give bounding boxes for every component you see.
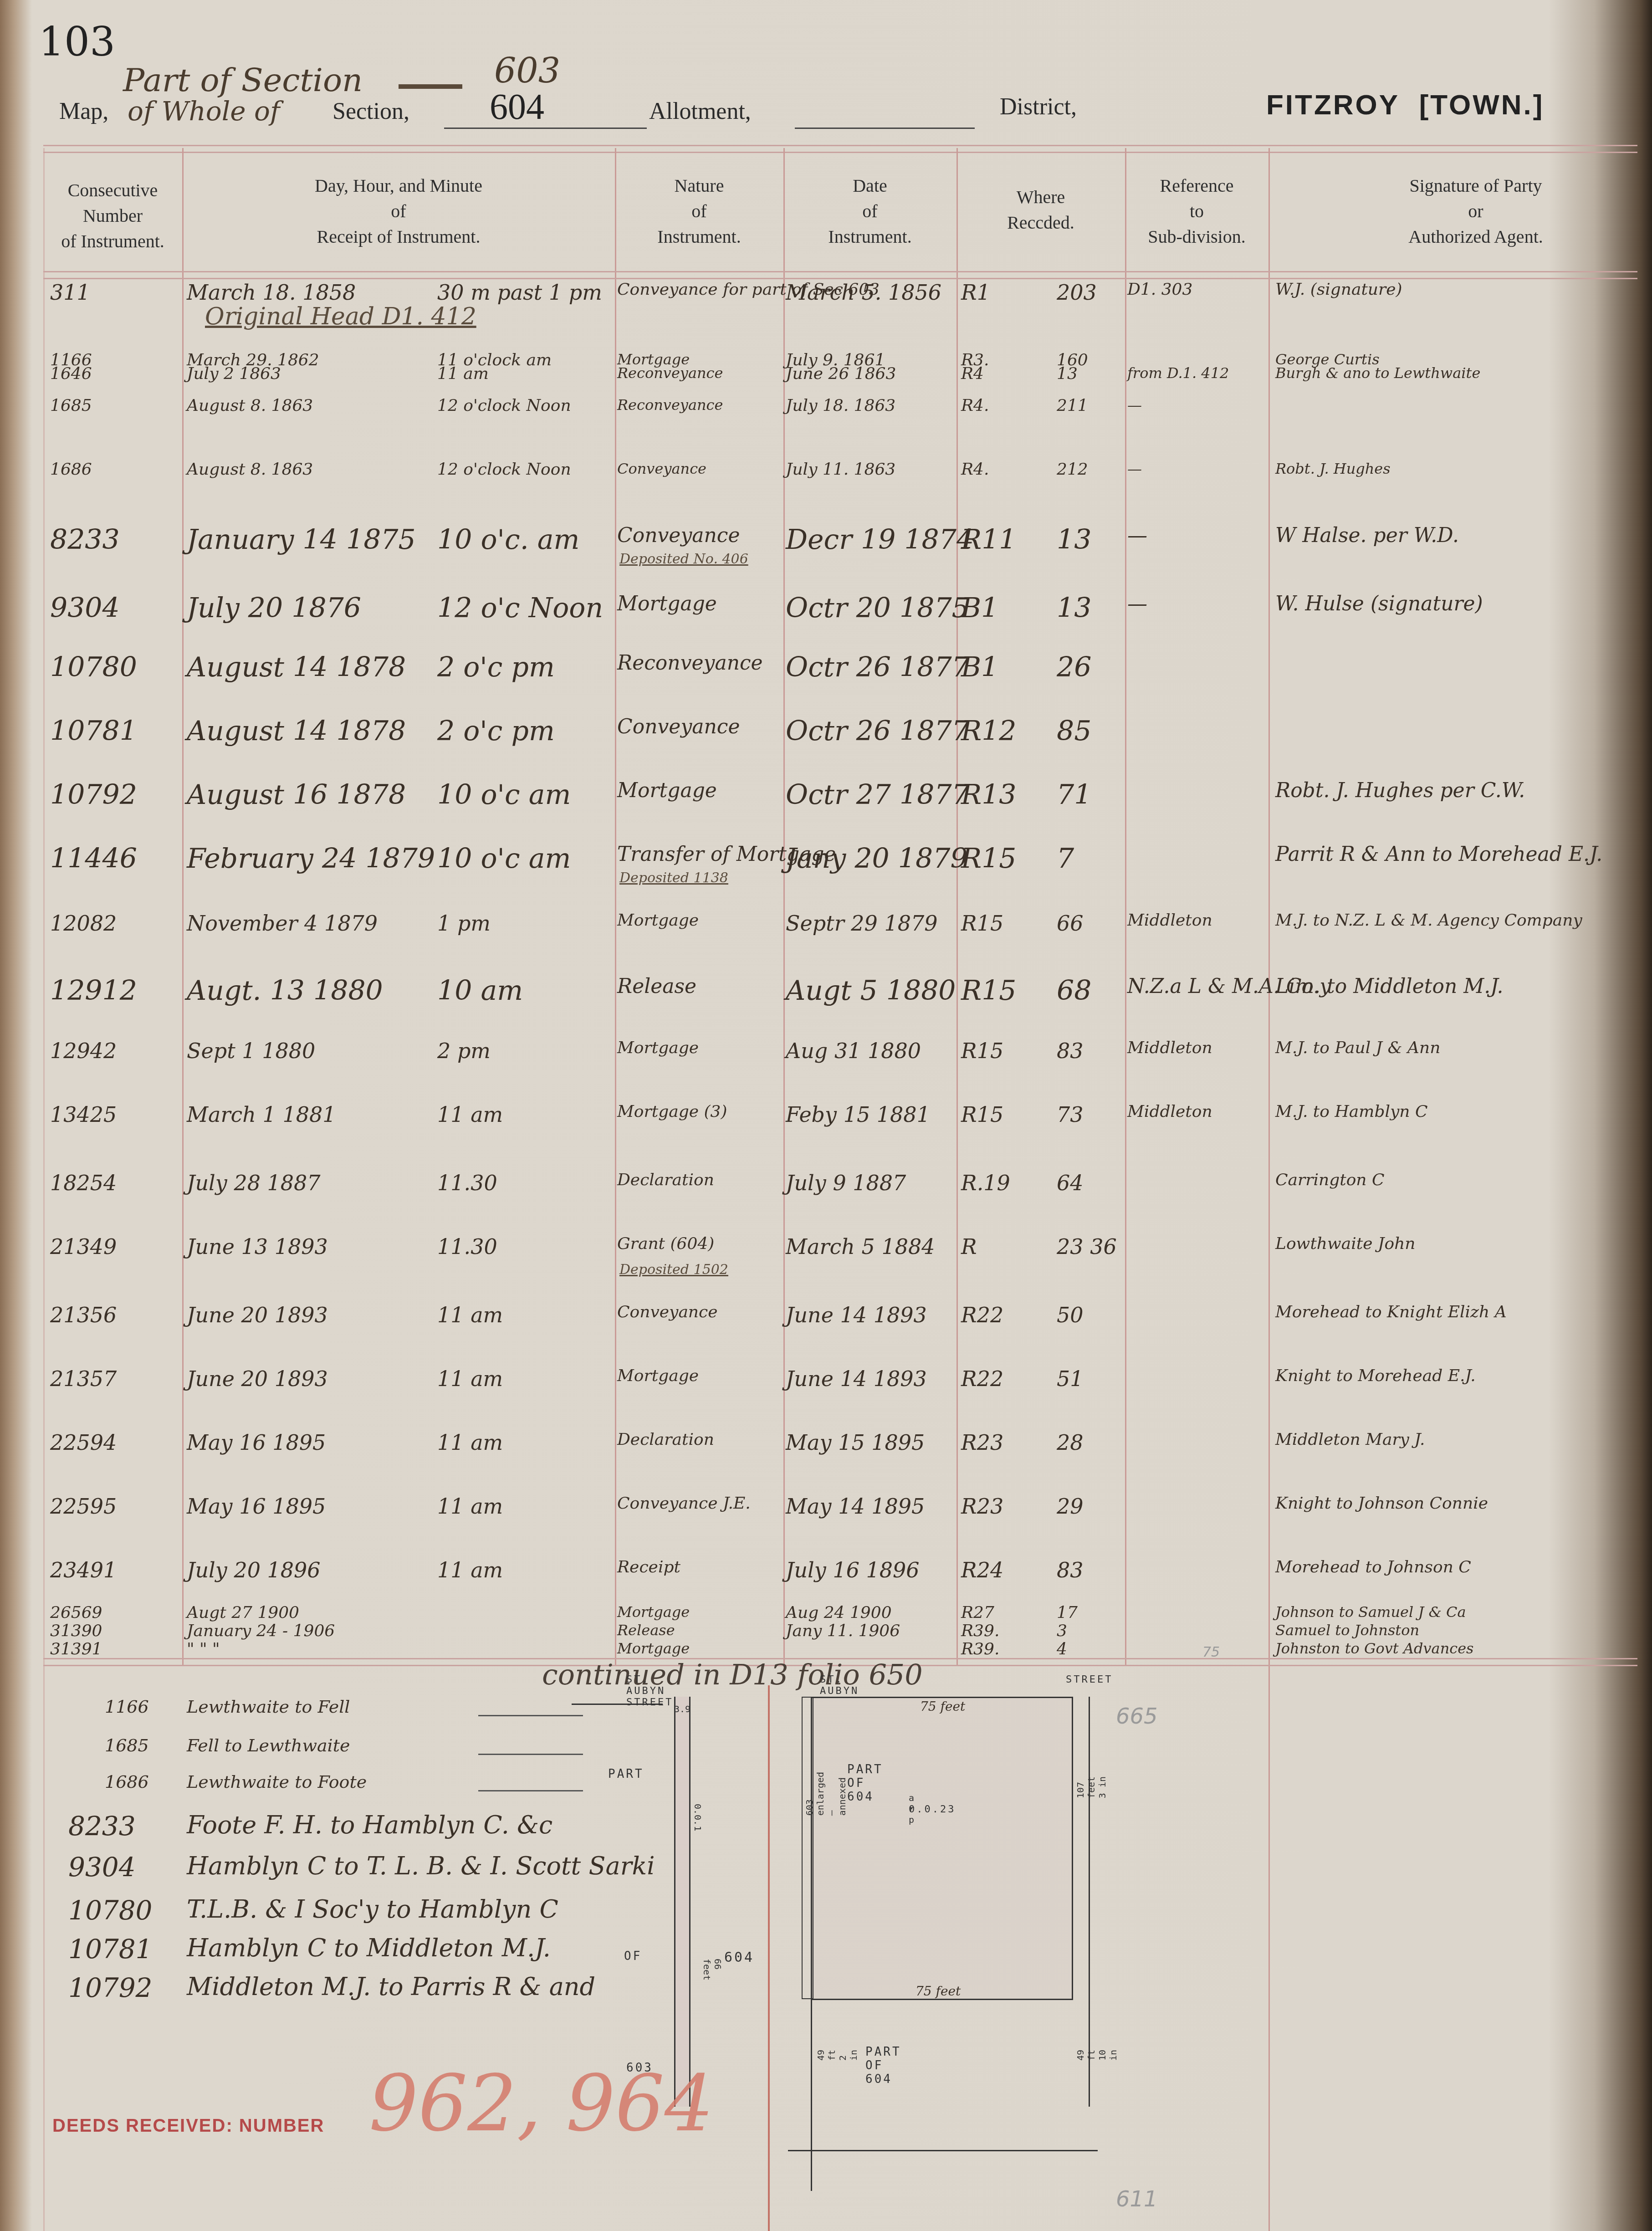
- recorded-book: R15: [961, 975, 1017, 1007]
- instrument-date: Octr 27 1877: [786, 779, 969, 811]
- instrument-number: 23491: [50, 1558, 117, 1582]
- column-header-recorded: Where Reccded.: [956, 184, 1125, 235]
- instrument-number: 1685: [50, 396, 92, 415]
- nature-of-instrument: Conveyance: [617, 460, 706, 477]
- plan-line: [572, 1704, 663, 1705]
- part-of-604-upper: PART OF 604: [847, 1763, 883, 1804]
- instrument-number: 31391: [50, 1640, 102, 1658]
- receipt-time: 11 am: [437, 1430, 503, 1455]
- recorded-book: R.19: [961, 1171, 1010, 1195]
- receipt-time: 2 o'c pm: [437, 651, 555, 683]
- instrument-number: 8233: [50, 524, 120, 556]
- instrument-number: 12912: [50, 975, 137, 1007]
- receipt-date: June 13 1893: [187, 1234, 328, 1259]
- receipt-time: 11 am: [437, 1558, 503, 1582]
- column-header-signature: Signature of Party or Authorized Agent.: [1321, 173, 1631, 250]
- signature: W.J. (signature): [1275, 280, 1402, 299]
- district-label: District,: [1000, 93, 1077, 120]
- receipt-date: August 14 1878: [187, 651, 406, 683]
- recorded-folio: 203: [1057, 280, 1097, 305]
- lot-604-label: 604: [724, 1950, 754, 1965]
- recorded-book: R39.: [961, 1640, 999, 1658]
- transfer-text: Middleton M.J. to Parris R & and: [187, 1972, 595, 2001]
- plan-line: [788, 2150, 1098, 2151]
- subdivision-reference: from D.1. 412: [1127, 364, 1229, 382]
- signature: M.J. to N.Z. L & M. Agency Company: [1275, 911, 1582, 930]
- recorded-book: B1: [961, 651, 998, 683]
- signature: Middleton Mary J.: [1275, 1430, 1425, 1449]
- receipt-time: 10 am: [437, 975, 523, 1007]
- receipt-time: 2 pm: [437, 1039, 491, 1063]
- instrument-date: July 11. 1863: [786, 460, 895, 479]
- section-label: Section,: [332, 98, 409, 125]
- town-label: [TOWN.]: [1419, 89, 1545, 121]
- column-divider: [182, 148, 184, 1665]
- header-rule: [43, 145, 1637, 153]
- recorded-folio: 73: [1057, 1102, 1084, 1127]
- receipt-date: June 20 1893: [187, 1303, 328, 1327]
- street-label-left: ST. AUBYN STREET: [626, 1674, 673, 1708]
- transfer-number: 8233: [68, 1811, 136, 1842]
- instrument-number: 21357: [50, 1366, 117, 1391]
- recorded-book: R1: [961, 280, 990, 305]
- subdivision-reference: Middleton: [1127, 1102, 1212, 1121]
- recorded-book: R39.: [961, 1622, 999, 1640]
- blank-line: [478, 1715, 583, 1716]
- nature-of-instrument: Reconveyance: [617, 364, 723, 382]
- instrument-number: 10781: [50, 715, 137, 747]
- receipt-time: 30 m past 1 pm: [437, 280, 602, 305]
- recorded-folio: 17: [1057, 1603, 1078, 1622]
- instrument-date: July 9 1887: [786, 1171, 906, 1195]
- column-header-number: Consecutive Number of Instrument.: [43, 178, 182, 254]
- transfer-text: Foote F. H. to Hamblyn C. &c: [187, 1811, 552, 1839]
- instrument-date: Septr 29 1879: [786, 911, 938, 936]
- recorded-book: R4.: [961, 396, 989, 415]
- instrument-date: March 5 1884: [786, 1234, 935, 1259]
- receipt-date: July 2 1863: [187, 364, 281, 383]
- column-header-date: Date of Instrument.: [783, 173, 956, 250]
- recorded-book: R23: [961, 1430, 1003, 1455]
- instrument-date: Aug 24 1900: [786, 1603, 892, 1622]
- receipt-time: 12 o'clock Noon: [437, 396, 571, 415]
- section-boundary-line: [768, 1685, 770, 2231]
- transfer-number: 1686: [105, 1772, 149, 1792]
- instrument-number: 22595: [50, 1494, 117, 1519]
- recorded-folio: 64: [1057, 1171, 1084, 1195]
- pencil-note: 665: [1116, 1704, 1158, 1729]
- transfer-number: 1685: [105, 1735, 149, 1755]
- instrument-date: May 14 1895: [786, 1494, 925, 1519]
- subdivision-reference: Middleton: [1127, 1039, 1212, 1057]
- continuation-note: continued in D13 folio 650: [542, 1658, 923, 1691]
- recorded-book: R22: [961, 1303, 1003, 1327]
- plan-line: [811, 1997, 812, 2191]
- recorded-folio: 7: [1057, 843, 1074, 875]
- instrument-number: 10780: [50, 651, 137, 683]
- recorded-folio: 23 36: [1057, 1234, 1117, 1259]
- blank-line: [478, 1790, 583, 1791]
- instrument-date: June 14 1893: [786, 1366, 927, 1391]
- recorded-folio: 51: [1057, 1366, 1084, 1391]
- nature-of-instrument: Mortgage: [617, 1603, 690, 1621]
- recorded-folio: 68: [1057, 975, 1091, 1007]
- receipt-date: August 8. 1863: [187, 460, 313, 479]
- nature-of-instrument: Conveyance: [617, 1303, 718, 1321]
- recorded-folio: 4: [1057, 1640, 1067, 1658]
- instrument-number: 311: [50, 280, 90, 305]
- recorded-folio: 50: [1057, 1303, 1084, 1327]
- recorded-book: R: [961, 1234, 977, 1259]
- entry-note: Deposited 1138: [619, 870, 728, 886]
- map-label: Map,: [59, 98, 108, 125]
- instrument-date: July 18. 1863: [786, 396, 895, 415]
- recorded-folio: 29: [1057, 1494, 1084, 1519]
- pencil-note: 611: [1116, 2186, 1158, 2212]
- receipt-time: 10 o'c am: [437, 779, 571, 811]
- section-value: 604: [490, 87, 544, 128]
- transfer-number: 10781: [68, 1934, 153, 1965]
- subdivision-reference: —: [1127, 592, 1147, 615]
- street-label-right: STREET: [1066, 1674, 1113, 1685]
- column-header-reference: Reference to Sub-division.: [1125, 173, 1268, 250]
- instrument-number: 9304: [50, 592, 120, 624]
- instrument-date: Jany 11. 1906: [786, 1622, 900, 1640]
- instrument-date: Feby 15 1881: [786, 1102, 930, 1127]
- transfer-number: 10780: [68, 1895, 153, 1926]
- subdivision-reference: —: [1127, 460, 1142, 477]
- receipt-time: 11 am: [437, 364, 489, 383]
- receipt-time: 2 o'c pm: [437, 715, 555, 747]
- signature: Lowthwaite John: [1275, 1234, 1416, 1253]
- receipt-time: 11 am: [437, 1303, 503, 1327]
- receipt-time: 10 o'c. am: [437, 524, 579, 556]
- signature: Knight to Johnson Connie: [1275, 1494, 1488, 1513]
- nature-of-instrument: Mortgage: [617, 1039, 699, 1057]
- width-top: 75 feet: [920, 1699, 965, 1714]
- instrument-date: July 16 1896: [786, 1558, 920, 1582]
- instrument-number: 10792: [50, 779, 137, 811]
- signature: W. Hulse (signature): [1275, 592, 1483, 615]
- annexed-label: 603 enlarged — annexed: [804, 1772, 848, 1816]
- receipt-date: November 4 1879: [187, 911, 378, 936]
- entry-note: Original Head D1. 412: [205, 303, 476, 330]
- signature: Lim. to Middleton M.J.: [1275, 975, 1503, 998]
- deeds-received-number: 962, 964: [369, 2059, 714, 2149]
- instrument-date: Aug 31 1880: [786, 1039, 921, 1063]
- bottom-left-dim: 49 ft 2 in: [815, 2050, 859, 2061]
- nature-of-instrument: Declaration: [617, 1171, 714, 1189]
- recorded-folio: 13: [1057, 592, 1091, 624]
- receipt-time: 11 am: [437, 1494, 503, 1519]
- table-header-rule: [43, 271, 1637, 279]
- recorded-folio: 28: [1057, 1430, 1084, 1455]
- signature: Johnson to Samuel J & Ca: [1275, 1603, 1466, 1621]
- instrument-number: 18254: [50, 1171, 117, 1195]
- receipt-date: July 20 1876: [187, 592, 361, 624]
- instrument-date: Jany 20 1879: [786, 843, 968, 875]
- column-divider: [956, 148, 958, 1665]
- nature-of-instrument: Declaration: [617, 1430, 714, 1449]
- deeds-received-stamp: DEEDS RECEIVED: NUMBER: [52, 2116, 324, 2136]
- subdivision-reference: —: [1127, 396, 1142, 414]
- instrument-number: 22594: [50, 1430, 117, 1455]
- instrument-number: 1686: [50, 460, 92, 479]
- plan-line: [1089, 1697, 1090, 2107]
- nature-of-instrument: Mortgage (3): [617, 1102, 727, 1121]
- nature-of-instrument: Reconveyance: [617, 396, 723, 414]
- signature: Morehead to Johnson C: [1275, 1558, 1471, 1576]
- nature-of-instrument: Receipt: [617, 1558, 680, 1576]
- column-divider: [783, 148, 785, 1665]
- receipt-time: 1 pm: [437, 911, 491, 936]
- nature-of-instrument: Conveyance J.E.: [617, 1494, 751, 1513]
- receipt-date: August 8. 1863: [187, 396, 313, 415]
- instrument-number: 31390: [50, 1622, 102, 1640]
- signature: Johnston to Govt Advances: [1275, 1640, 1474, 1657]
- dim-top-strip: 3.9: [674, 1704, 690, 1714]
- strip-feet: 66 feet: [701, 1959, 723, 1980]
- instrument-date: March 5. 1856: [786, 280, 941, 305]
- nature-of-instrument: Release: [617, 975, 696, 998]
- receipt-date: " " ": [187, 1640, 220, 1658]
- column-header-nature: Nature of Instrument.: [615, 173, 783, 250]
- column-divider: [1268, 148, 1270, 2231]
- recorded-book: B1: [961, 592, 998, 624]
- instrument-number: 11446: [50, 843, 137, 875]
- subdivision-reference: —: [1127, 524, 1147, 547]
- street-label-mid: ST. AUBYN: [820, 1674, 859, 1697]
- lot-603-strip: [674, 1697, 690, 2107]
- part-of-section-label: Part of Section: [123, 61, 363, 99]
- recorded-book: R12: [961, 715, 1017, 747]
- instrument-date: Octr 26 1877: [786, 651, 969, 683]
- signature: Knight to Morehead E.J.: [1275, 1366, 1476, 1385]
- recorded-book: R15: [961, 843, 1017, 875]
- entry-note: Deposited No. 406: [619, 551, 748, 567]
- receipt-date: Augt. 13 1880: [187, 975, 383, 1007]
- signature: Carrington C: [1275, 1171, 1384, 1189]
- instrument-date: May 15 1895: [786, 1430, 925, 1455]
- recorded-book: R15: [961, 911, 1003, 936]
- right-side-dim: 107 feet 3 in: [1075, 1776, 1108, 1798]
- instrument-number: 12942: [50, 1039, 117, 1063]
- recorded-book: R11: [961, 524, 1017, 556]
- signature: Samuel to Johnston: [1275, 1622, 1419, 1639]
- allotment-underline: [795, 128, 975, 129]
- receipt-time: 11.30: [437, 1234, 497, 1259]
- receipt-date: February 24 1879: [187, 843, 435, 875]
- nature-of-instrument: Grant (604): [617, 1234, 714, 1253]
- bottom-right-dim: 49 ft 10 in: [1075, 2050, 1119, 2061]
- instrument-number: 26569: [50, 1603, 102, 1622]
- transfer-text: T.L.B. & I Soc'y to Hamblyn C: [187, 1895, 558, 1924]
- strip-area: 0.0.1: [692, 1804, 703, 1831]
- nature-of-instrument: Mortgage: [617, 1640, 690, 1657]
- receipt-time: 11 am: [437, 1102, 503, 1127]
- signature: M.J. to Hamblyn C: [1275, 1102, 1427, 1121]
- transfer-number: 10792: [68, 1972, 153, 2003]
- of-label: OF: [624, 1950, 642, 1963]
- receipt-time: 11 am: [437, 1366, 503, 1391]
- nature-of-instrument: Mortgage: [617, 911, 699, 930]
- instrument-date: Octr 20 1875: [786, 592, 969, 624]
- recorded-folio: 13: [1057, 524, 1091, 556]
- receipt-date: Sept 1 1880: [187, 1039, 315, 1063]
- transfer-number: 1166: [105, 1697, 149, 1717]
- recorded-folio: 83: [1057, 1039, 1084, 1063]
- subdivision-reference: Middleton: [1127, 911, 1212, 930]
- signature: M.J. to Paul J & Ann: [1275, 1039, 1440, 1057]
- district-name: FITZROY: [1266, 89, 1400, 121]
- column-divider: [615, 148, 616, 1665]
- nature-of-instrument: Release: [617, 1622, 675, 1639]
- instrument-date: June 14 1893: [786, 1303, 927, 1327]
- recorded-folio: 13: [1057, 364, 1078, 383]
- signature: Robt. J. Hughes: [1275, 460, 1391, 477]
- receipt-time: 11.30: [437, 1171, 497, 1195]
- ledger-page: 103 Part of Section 603 Map, of Whole of…: [0, 0, 1652, 2231]
- recorded-book: R13: [961, 779, 1017, 811]
- allotment-label: Allotment,: [649, 98, 751, 125]
- district-value: FITZROY [TOWN.]: [1266, 89, 1544, 121]
- instrument-date: Decr 19 1874: [786, 524, 974, 556]
- dash-mark: [399, 84, 462, 89]
- instrument-number: 12082: [50, 911, 117, 936]
- nature-of-instrument: Mortgage: [617, 592, 717, 615]
- recorded-folio: 212: [1057, 460, 1088, 479]
- recorded-book: R23: [961, 1494, 1003, 1519]
- recorded-folio: 26: [1057, 651, 1091, 683]
- nature-of-instrument: Conveyance: [617, 715, 740, 738]
- receipt-date: June 20 1893: [187, 1366, 328, 1391]
- signature: Robt. J. Hughes per C.W.: [1275, 779, 1525, 802]
- receipt-date: Augt 27 1900: [187, 1603, 299, 1622]
- transfer-number: 9304: [68, 1852, 136, 1883]
- pencil-note: 75: [1202, 1644, 1220, 1660]
- instrument-date: Augt 5 1880: [786, 975, 956, 1007]
- column-divider: [1125, 148, 1126, 1665]
- whole-of-label: of Whole of: [128, 96, 280, 127]
- receipt-date: March 18. 1858: [187, 280, 356, 305]
- receipt-date: March 1 1881: [187, 1102, 336, 1127]
- entry-note: Deposited 1502: [619, 1262, 728, 1278]
- part-label: PART: [608, 1767, 644, 1781]
- nature-of-instrument: Conveyance: [617, 524, 740, 547]
- recorded-folio: 85: [1057, 715, 1091, 747]
- instrument-number: 21356: [50, 1303, 117, 1327]
- page-number: 103: [39, 18, 115, 65]
- receipt-date: August 16 1878: [187, 779, 406, 811]
- recorded-book: R15: [961, 1102, 1003, 1127]
- signature: W Halse. per W.D.: [1275, 524, 1459, 547]
- blank-line: [478, 1754, 583, 1755]
- receipt-date: January 14 1875: [187, 524, 416, 556]
- part-of-section-value: 603: [494, 50, 560, 91]
- recorded-book: R24: [961, 1558, 1003, 1582]
- transfer-text: Lewthwaite to Fell: [187, 1697, 350, 1717]
- instrument-number: 13425: [50, 1102, 117, 1127]
- subdivision-reference: D1. 303: [1127, 280, 1192, 299]
- recorded-book: R4.: [961, 460, 989, 479]
- transfer-text: Lewthwaite to Foote: [187, 1772, 367, 1792]
- recorded-folio: 71: [1057, 779, 1091, 811]
- nature-of-instrument: Mortgage: [617, 779, 717, 802]
- receipt-date: July 28 1887: [187, 1171, 321, 1195]
- area-value: 0.0.23: [909, 1804, 956, 1815]
- receipt-time: 10 o'c am: [437, 843, 571, 875]
- recorded-book: R15: [961, 1039, 1003, 1063]
- annexed-strip: [802, 1697, 813, 1999]
- receipt-date: July 20 1896: [187, 1558, 321, 1582]
- signature: Morehead to Knight Elizh A: [1275, 1303, 1507, 1321]
- recorded-folio: 83: [1057, 1558, 1084, 1582]
- transfer-text: Fell to Lewthwaite: [187, 1735, 350, 1755]
- receipt-date: May 16 1895: [187, 1494, 326, 1519]
- recorded-folio: 3: [1057, 1622, 1067, 1640]
- transfer-text: Hamblyn C to Middleton M.J.: [187, 1934, 551, 1962]
- recorded-book: R22: [961, 1366, 1003, 1391]
- part-of-604-upper-lot: [811, 1697, 1073, 2000]
- receipt-time: 12 o'c Noon: [437, 592, 603, 624]
- part-of-604-lower: PART OF 604: [865, 2045, 901, 2086]
- section-underline: [444, 128, 647, 129]
- transfer-text: Hamblyn C to T. L. B. & I. Scott Sarki: [187, 1852, 655, 1880]
- receipt-date: August 14 1878: [187, 715, 406, 747]
- instrument-number: 1646: [50, 364, 92, 383]
- recorded-book: R27: [961, 1603, 994, 1622]
- instrument-date: June 26 1863: [786, 364, 896, 383]
- receipt-date: January 24 - 1906: [187, 1622, 335, 1640]
- receipt-time: 12 o'clock Noon: [437, 460, 571, 479]
- instrument-date: Octr 26 1877: [786, 715, 969, 747]
- receipt-date: May 16 1895: [187, 1430, 326, 1455]
- recorded-folio: 66: [1057, 911, 1084, 936]
- column-divider: [43, 148, 45, 2231]
- width-mid: 75 feet: [916, 1984, 961, 1999]
- nature-of-instrument: Mortgage: [617, 1366, 699, 1385]
- signature: Burgh & ano to Lewthwaite: [1275, 364, 1480, 382]
- instrument-number: 21349: [50, 1234, 117, 1259]
- recorded-book: R4: [961, 364, 984, 383]
- column-header-receipt: Day, Hour, and Minute of Receipt of Inst…: [182, 173, 615, 250]
- recorded-folio: 211: [1057, 396, 1088, 415]
- signature: Parrit R & Ann to Morehead E.J.: [1275, 843, 1602, 866]
- nature-of-instrument: Reconveyance: [617, 651, 763, 675]
